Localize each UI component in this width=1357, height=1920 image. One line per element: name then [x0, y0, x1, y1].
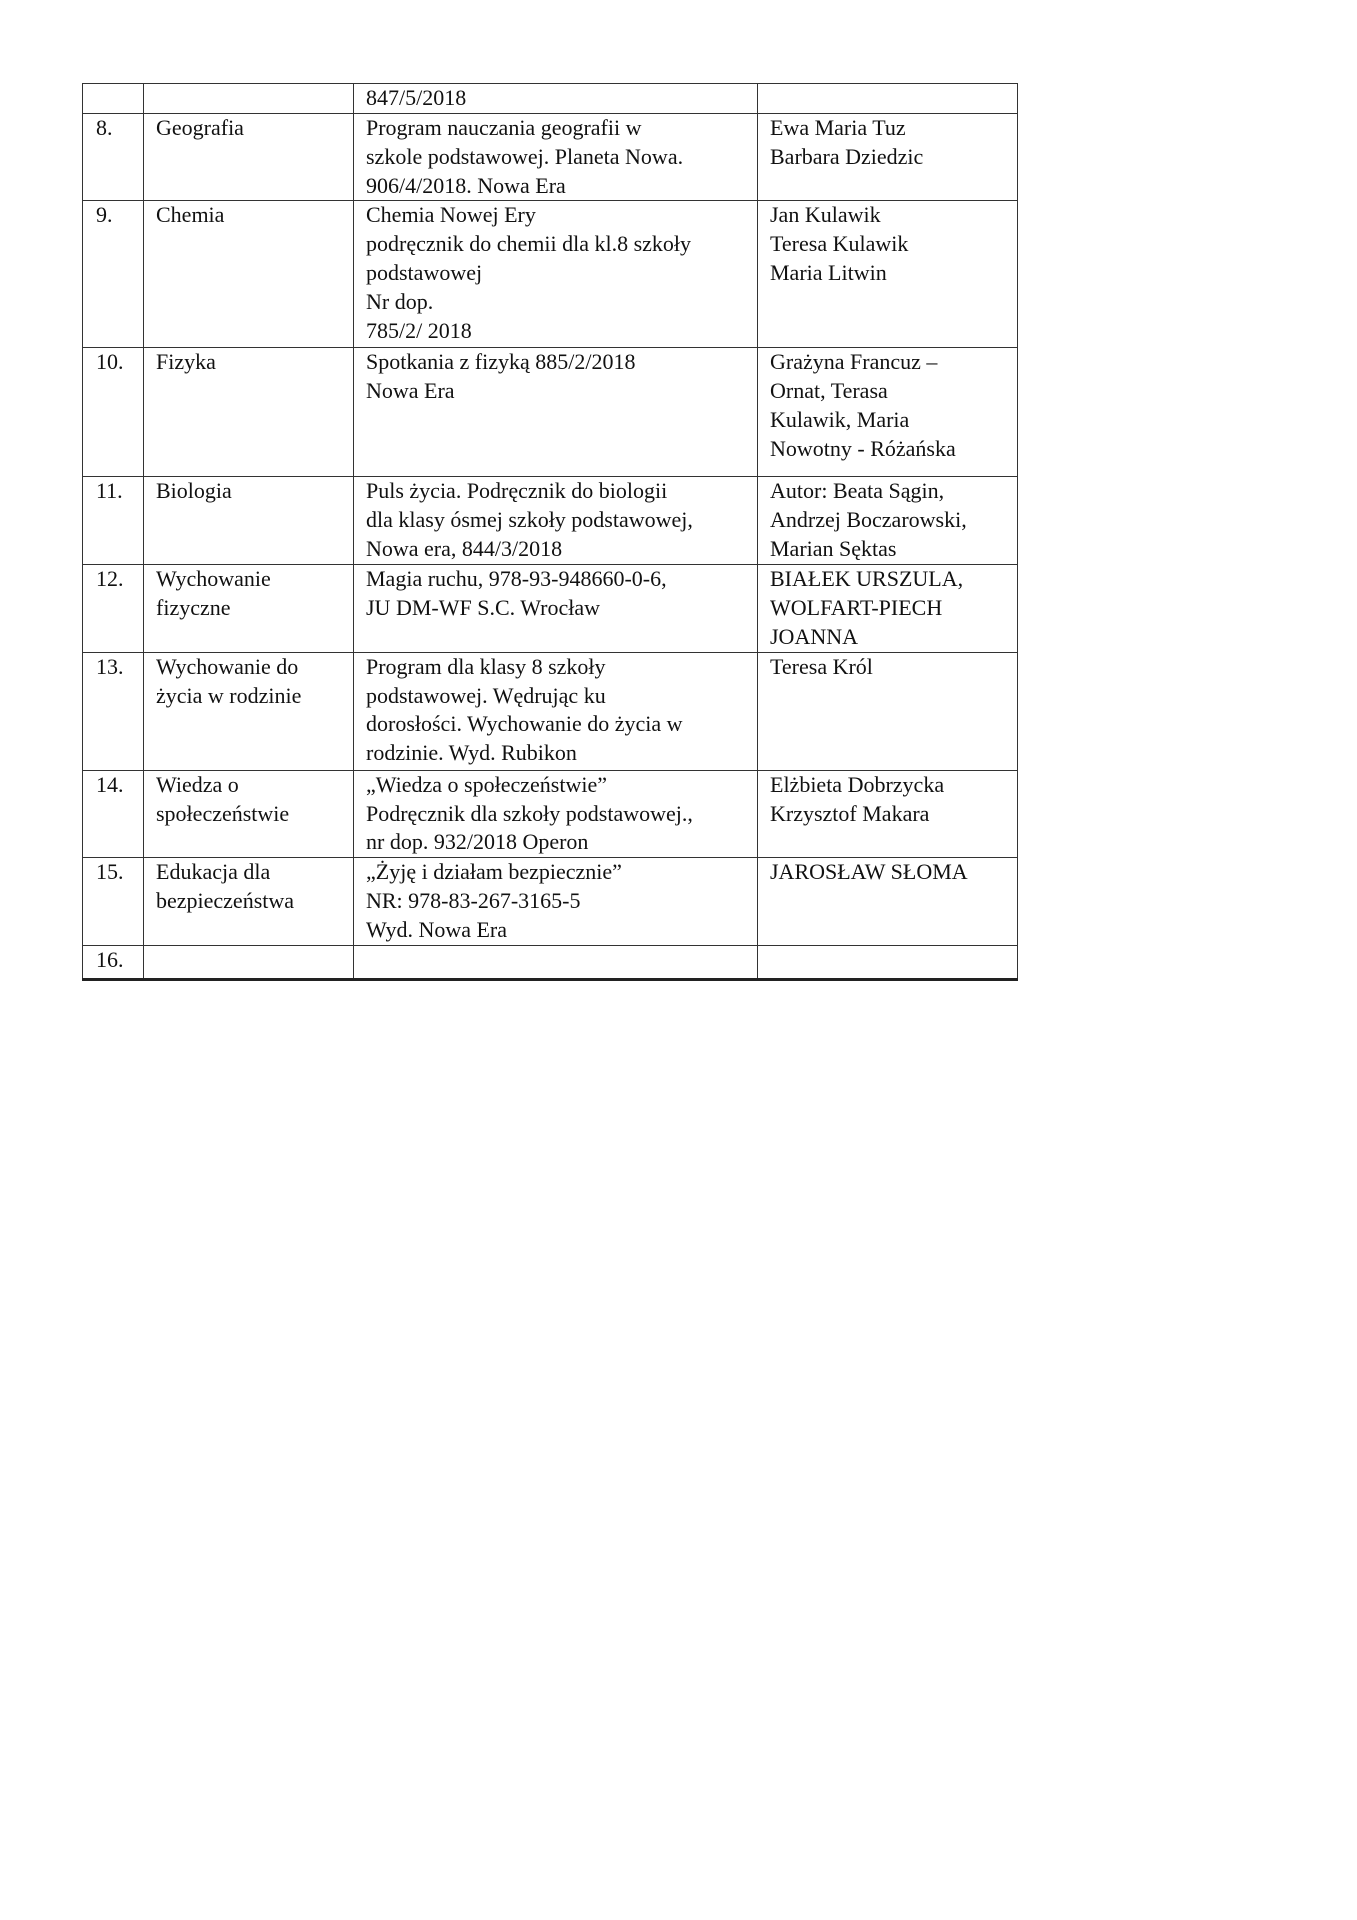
subject-cell: [144, 84, 354, 114]
authors-cell: Teresa Król: [758, 652, 1018, 770]
authors-cell: [758, 946, 1018, 980]
authors-cell: BIAŁEK URSZULA, WOLFART-PIECH JOANNA: [758, 565, 1018, 652]
subject-cell: [144, 946, 354, 980]
row-number: 14.: [83, 770, 144, 857]
row-number: [83, 84, 144, 114]
authors-cell: Ewa Maria Tuz Barbara Dziedzic: [758, 114, 1018, 201]
program-cell: Program nauczania geografii w szkole pod…: [354, 114, 758, 201]
program-cell: Program dla klasy 8 szkoły podstawowej. …: [354, 652, 758, 770]
authors-cell: Grażyna Francuz – Ornat, Terasa Kulawik,…: [758, 348, 1018, 477]
table-row: 10. Fizyka Spotkania z fizyką 885/2/2018…: [83, 348, 1018, 477]
table-row: 16.: [83, 946, 1018, 980]
table-row: 847/5/2018: [83, 84, 1018, 114]
textbook-table: 847/5/2018 8. Geografia Program nauczani…: [82, 83, 1018, 981]
authors-cell: [758, 84, 1018, 114]
table-row: 11. Biologia Puls życia. Podręcznik do b…: [83, 477, 1018, 565]
subject-cell: Wychowanie fizyczne: [144, 565, 354, 652]
subject-cell: Geografia: [144, 114, 354, 201]
program-cell: Magia ruchu, 978-93-948660-0-6, JU DM-WF…: [354, 565, 758, 652]
row-number: 16.: [83, 946, 144, 980]
subject-cell: Wychowanie do życia w rodzinie: [144, 652, 354, 770]
row-number: 10.: [83, 348, 144, 477]
program-cell: [354, 946, 758, 980]
authors-cell: JAROSŁAW SŁOMA: [758, 858, 1018, 946]
row-number: 8.: [83, 114, 144, 201]
program-cell: Puls życia. Podręcznik do biologii dla k…: [354, 477, 758, 565]
program-cell: Chemia Nowej Ery podręcznik do chemii dl…: [354, 201, 758, 348]
authors-cell: Elżbieta Dobrzycka Krzysztof Makara: [758, 770, 1018, 857]
table-row: 15. Edukacja dla bezpieczeństwa „Żyję i …: [83, 858, 1018, 946]
subject-cell: Edukacja dla bezpieczeństwa: [144, 858, 354, 946]
row-number: 13.: [83, 652, 144, 770]
table-row: 8. Geografia Program nauczania geografii…: [83, 114, 1018, 201]
authors-cell: Autor: Beata Sągin, Andrzej Boczarowski,…: [758, 477, 1018, 565]
program-cell: Spotkania z fizyką 885/2/2018 Nowa Era: [354, 348, 758, 477]
program-cell: „Żyję i działam bezpiecznie” NR: 978-83-…: [354, 858, 758, 946]
subject-cell: Biologia: [144, 477, 354, 565]
row-number: 9.: [83, 201, 144, 348]
subject-cell: Wiedza o społeczeństwie: [144, 770, 354, 857]
table-row: 13. Wychowanie do życia w rodzinie Progr…: [83, 652, 1018, 770]
program-cell: 847/5/2018: [354, 84, 758, 114]
program-cell: „Wiedza o społeczeństwie” Podręcznik dla…: [354, 770, 758, 857]
subject-cell: Fizyka: [144, 348, 354, 477]
authors-cell: Jan Kulawik Teresa Kulawik Maria Litwin: [758, 201, 1018, 348]
row-number: 12.: [83, 565, 144, 652]
subject-cell: Chemia: [144, 201, 354, 348]
row-number: 11.: [83, 477, 144, 565]
table-row: 12. Wychowanie fizyczne Magia ruchu, 978…: [83, 565, 1018, 652]
document-page: 847/5/2018 8. Geografia Program nauczani…: [0, 0, 1357, 1920]
table-row: 14. Wiedza o społeczeństwie „Wiedza o sp…: [83, 770, 1018, 857]
row-number: 15.: [83, 858, 144, 946]
table-row: 9. Chemia Chemia Nowej Ery podręcznik do…: [83, 201, 1018, 348]
